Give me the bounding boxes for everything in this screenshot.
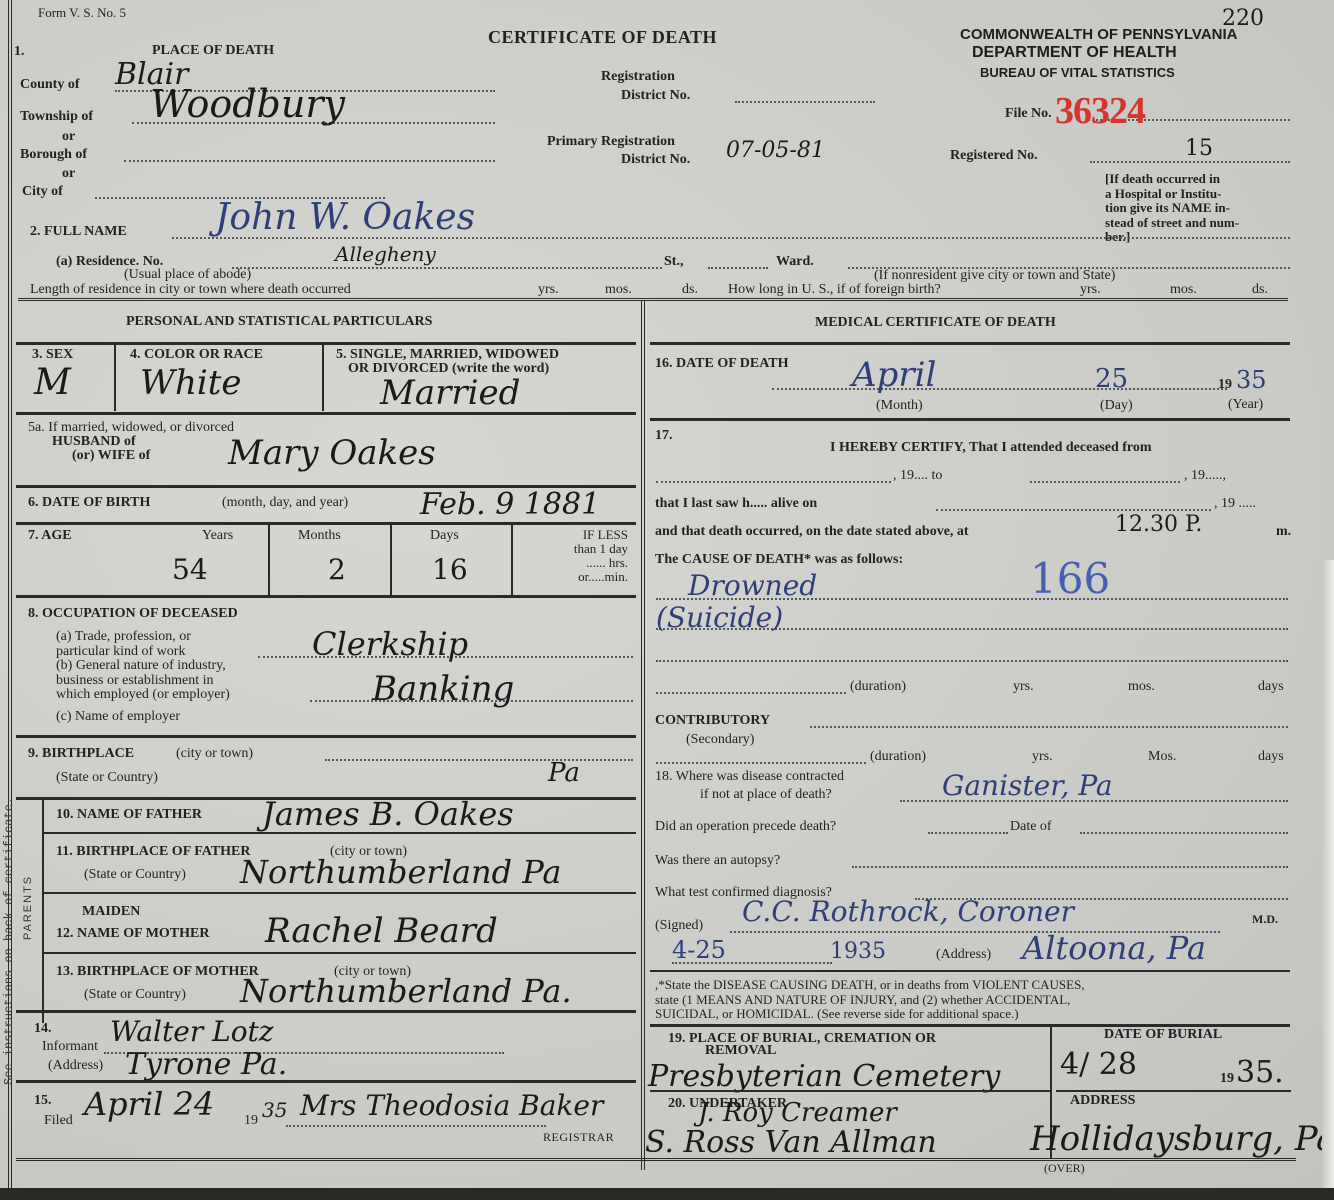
length-residence-label: Length of residence in city or town wher… xyxy=(30,283,351,297)
medical-heading: MEDICAL CERTIFICATE OF DEATH xyxy=(815,316,1056,330)
county-label: County of xyxy=(20,78,80,92)
years-label: Years xyxy=(202,529,233,543)
dod-month[interactable]: April xyxy=(852,358,936,392)
spouse-label-1: 5a. If married, widowed, or divorced xyxy=(28,421,234,435)
filed-year[interactable]: 35 xyxy=(262,1100,287,1120)
spouse-label-2: HUSBAND of xyxy=(52,435,136,449)
signed-year[interactable]: 1935 xyxy=(830,941,886,963)
father-label: 10. NAME OF FATHER xyxy=(56,808,202,822)
file-no-label: File No. xyxy=(1005,107,1052,121)
corner-number: 220 xyxy=(1222,8,1264,30)
employer-label: (c) Name of employer xyxy=(56,710,180,724)
undertaker-name-2[interactable]: S. Ross Van Allman xyxy=(645,1128,937,1158)
filed-date[interactable]: April 24 xyxy=(84,1088,214,1120)
months-label: Months xyxy=(298,529,341,543)
form-number: Form V. S. No. 5 xyxy=(38,6,126,19)
birthplace-label: 9. BIRTHPLACE xyxy=(28,747,134,761)
informant-address-value[interactable]: Tyrone Pa. xyxy=(125,1050,287,1080)
maiden-label: MAIDEN xyxy=(82,905,140,919)
occupation-industry-value[interactable]: Banking xyxy=(372,672,514,706)
hospital-note: [If death occurred in a Hospital or Inst… xyxy=(1105,172,1239,245)
occupation-trade-value[interactable]: Clerkship xyxy=(312,628,468,660)
city-label: City of xyxy=(22,185,63,199)
race-label: 4. COLOR OR RACE xyxy=(130,348,263,362)
township-label: Township of xyxy=(20,110,93,124)
cause-secondary[interactable]: (Suicide) xyxy=(656,604,783,632)
occupation-label: 8. OCCUPATION OF DECEASED xyxy=(28,607,238,621)
primary-registration-label: Primary Registration xyxy=(547,135,675,149)
township-value[interactable]: Woodbury xyxy=(150,85,345,123)
informant-label: Informant xyxy=(42,1040,98,1054)
district-no-label: District No. xyxy=(621,89,690,103)
over-label: (OVER) xyxy=(1044,1162,1085,1174)
mother-birthplace-label: 13. BIRTHPLACE OF MOTHER xyxy=(56,965,259,979)
father-birthplace-label: 11. BIRTHPLACE OF FATHER xyxy=(56,845,251,859)
father-value[interactable]: James B. Oakes xyxy=(262,798,514,830)
section-number-1: 1. xyxy=(14,45,25,59)
filed-label: Filed xyxy=(44,1114,73,1128)
dob-hint: (month, day, and year) xyxy=(222,496,348,510)
ward-label: Ward. xyxy=(776,255,814,269)
or-label: or xyxy=(62,130,75,144)
death-certificate: See instructions on back of certificate.… xyxy=(0,0,1334,1188)
mother-value[interactable]: Rachel Beard xyxy=(265,914,498,948)
age-label: 7. AGE xyxy=(28,529,72,543)
dod-day[interactable]: 25 xyxy=(1095,366,1128,392)
race-value[interactable]: White xyxy=(140,366,242,400)
physician-address[interactable]: Altoona, Pa xyxy=(1022,932,1206,964)
agency-line-2: DEPARTMENT OF HEALTH xyxy=(972,45,1177,61)
dod-label: 16. DATE OF DEATH xyxy=(655,357,789,371)
spouse-label-3: (or) WIFE of xyxy=(72,449,150,463)
spouse-value[interactable]: Mary Oakes xyxy=(228,436,436,470)
registered-no-label: Registered No. xyxy=(950,149,1038,163)
undertaker-address[interactable]: Hollidaysburg, Pa. xyxy=(1030,1122,1334,1156)
informant-address-label: (Address) xyxy=(48,1059,103,1073)
burial-date-label: DATE OF BURIAL xyxy=(1104,1028,1222,1042)
file-number-stamp: 36324 xyxy=(1055,92,1145,130)
dob-label: 6. DATE OF BIRTH xyxy=(28,496,150,510)
full-name-label: 2. FULL NAME xyxy=(30,225,127,239)
nonresident-note: (If nonresident give city or town and St… xyxy=(874,269,1115,283)
dob-value[interactable]: Feb. 9 1881 xyxy=(420,490,600,520)
registrar-signature[interactable]: Mrs Theodosia Baker xyxy=(300,1092,603,1120)
or-label: or xyxy=(62,167,75,181)
cause-primary[interactable]: Drowned xyxy=(688,572,817,600)
cause-label: The CAUSE OF DEATH* was as follows: xyxy=(655,553,903,567)
background-edge xyxy=(0,1188,1334,1200)
personal-heading: PERSONAL AND STATISTICAL PARTICULARS xyxy=(126,315,432,329)
primary-district-value[interactable]: 07-05-81 xyxy=(726,140,825,162)
cause-code[interactable]: 166 xyxy=(1030,558,1110,600)
contracted-value[interactable]: Ganister, Pa xyxy=(942,772,1113,800)
residence-value[interactable]: Allegheny xyxy=(335,244,436,264)
side-instructions: See instructions on back of certificate. xyxy=(2,797,16,1085)
signed-date[interactable]: 4-25 xyxy=(672,938,726,962)
less-than-day: IF LESS than 1 day ...... hrs. or.....mi… xyxy=(530,528,628,584)
document-title: CERTIFICATE OF DEATH xyxy=(488,28,717,46)
certify-text: I HEREBY CERTIFY, That I attended deceas… xyxy=(830,441,1152,455)
foreign-birth-label: How long in U. S., if of foreign birth? xyxy=(728,283,941,297)
agency-line-1: COMMONWEALTH OF PENNSYLVANIA xyxy=(960,27,1238,42)
undertaker-address-label: ADDRESS xyxy=(1070,1094,1135,1108)
street-label: St., xyxy=(664,255,683,269)
cause-footnote: ,*State the DISEASE CAUSING DEATH, or in… xyxy=(655,978,1085,1022)
column-divider xyxy=(641,300,645,1170)
marital-value[interactable]: Married xyxy=(380,376,520,410)
burial-date[interactable]: 4/ 28 xyxy=(1060,1050,1137,1080)
contracted-label: 18. Where was disease contracted xyxy=(655,770,844,784)
registrar-label: REGISTRAR xyxy=(543,1131,614,1143)
sex-label: 3. SEX xyxy=(32,348,73,362)
birthplace-state-value[interactable]: Pa xyxy=(548,760,580,786)
parents-label: PARENTS xyxy=(22,875,34,940)
age-months[interactable]: 2 xyxy=(328,556,346,584)
days-label: Days xyxy=(430,529,459,543)
age-days[interactable]: 16 xyxy=(432,556,468,584)
agency-line-3: BUREAU OF VITAL STATISTICS xyxy=(980,66,1175,79)
undertaker-name-1[interactable]: J. Roy Creamer xyxy=(698,1100,897,1126)
contributory-label: CONTRIBUTORY xyxy=(655,714,770,728)
age-years[interactable]: 54 xyxy=(172,556,208,584)
sex-value[interactable]: M xyxy=(34,365,71,401)
marital-label-1: 5. SINGLE, MARRIED, WIDOWED xyxy=(336,348,559,362)
physician-signature[interactable]: C.C. Rothrock, Coroner xyxy=(742,898,1074,926)
mother-label: 12. NAME OF MOTHER xyxy=(56,927,209,941)
dod-year[interactable]: 35 xyxy=(1236,368,1267,392)
father-birthplace-value[interactable]: Northumberland Pa xyxy=(240,856,561,888)
primary-district-no-label: District No. xyxy=(621,153,690,167)
burial-year[interactable]: 35. xyxy=(1236,1058,1284,1088)
registered-no-value[interactable]: 15 xyxy=(1185,138,1213,160)
borough-label: Borough of xyxy=(20,148,87,162)
full-name-value[interactable]: John W. Oakes xyxy=(215,200,475,236)
time-of-death[interactable]: 12.30 P. xyxy=(1115,514,1202,536)
registration-label: Registration xyxy=(601,70,675,84)
burial-place[interactable]: Presbyterian Cemetery xyxy=(648,1062,1000,1092)
mother-birthplace-value[interactable]: Northumberland Pa. xyxy=(240,975,572,1007)
place-of-death-heading: PLACE OF DEATH xyxy=(152,44,274,58)
informant-value[interactable]: Walter Lotz xyxy=(110,1018,274,1046)
usual-abode-label: (Usual place of abode) xyxy=(124,268,251,282)
